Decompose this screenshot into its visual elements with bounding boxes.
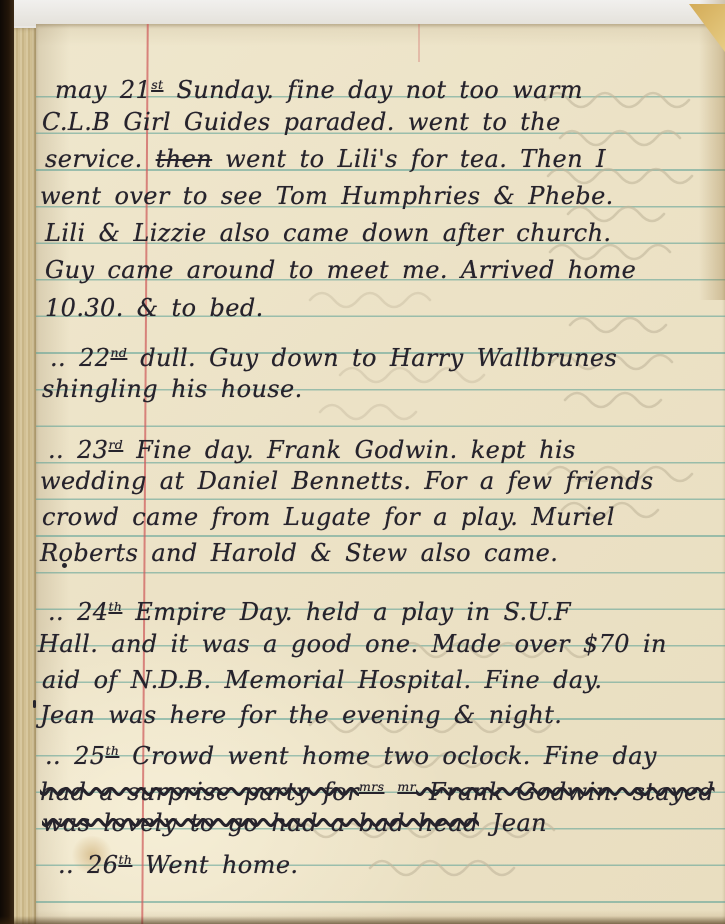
text-segment: .. 24	[48, 598, 108, 626]
diary-line: had a surprise party formrs mr Frank God…	[40, 772, 714, 807]
text-segment: went over to see Tom Humphries & Phebe.	[40, 182, 614, 210]
text-segment: .. 22	[50, 344, 110, 372]
diary-line: 10.30. & to bed.	[45, 293, 264, 323]
diary-line: .. 23rd Fine day. Frank Godwin. kept his	[48, 430, 576, 465]
text-segment: 10.30. & to bed.	[45, 294, 264, 322]
ordinal-superscript: rd	[108, 437, 123, 452]
text-segment: aid of N.D.B. Memorial Hospital. Fine da…	[42, 666, 602, 694]
diary-line: Jean was here for the evening & night.	[40, 700, 562, 730]
diary-line: was lovely to go had a bad head Jean	[42, 808, 547, 838]
ordinal-superscript: mr	[397, 779, 416, 794]
diary-line: C.L.B Girl Guides paraded. went to the	[42, 107, 561, 137]
struck-out-text: Frank Godwin. stayed	[416, 778, 714, 806]
scanned-diary-page: may 21st Sunday. fine day not too warmC.…	[0, 0, 725, 924]
text-segment: Lili & Lizzie also came down after churc…	[45, 219, 611, 247]
diary-line: Hall. and it was a good one. Made over $…	[38, 629, 667, 659]
struck-out-text: was lovely to go had a bad head	[42, 809, 479, 837]
text-segment: Hall. and it was a good one. Made over $…	[38, 630, 667, 658]
ordinal-superscript: th	[108, 599, 122, 614]
diary-line: Roberts and Harold & Stew also came.	[40, 538, 558, 568]
text-segment: Sunday. fine day not too warm	[163, 76, 582, 104]
text-segment: crowd came from Lugate for a play. Murie…	[42, 503, 615, 531]
diary-line: .. 25th Crowd went home two oclock. Fine…	[45, 736, 657, 771]
ordinal-superscript: mrs	[359, 779, 384, 794]
diary-line: .. 26th Went home.	[58, 845, 298, 880]
text-segment: dull. Guy down to Harry Wallbrunes	[127, 344, 617, 372]
diary-line: aid of N.D.B. Memorial Hospital. Fine da…	[42, 665, 602, 695]
diary-line: went over to see Tom Humphries & Phebe.	[40, 181, 614, 211]
diary-line: wedding at Daniel Bennetts. For a few fr…	[40, 466, 654, 496]
text-segment: .. 25	[45, 742, 105, 770]
text-segment: Jean	[479, 809, 547, 837]
text-segment: went to Lili's for tea. Then I	[212, 145, 606, 173]
diary-line: service. then went to Lili's for tea. Th…	[45, 144, 606, 174]
ordinal-superscript: th	[105, 743, 119, 758]
diary-line: crowd came from Lugate for a play. Murie…	[42, 502, 615, 532]
diary-line: Lili & Lizzie also came down after churc…	[45, 218, 611, 248]
text-segment: Jean was here for the evening & night.	[40, 701, 562, 729]
diary-text-layer: may 21st Sunday. fine day not too warmC.…	[0, 0, 725, 924]
ordinal-superscript: th	[118, 852, 132, 867]
text-segment: .. 23	[48, 436, 108, 464]
text-segment: may 21	[55, 76, 151, 104]
text-segment: shingling his house.	[42, 375, 303, 403]
text-segment: Roberts and Harold & Stew also came.	[40, 539, 558, 567]
ordinal-superscript: st	[151, 77, 163, 92]
text-segment: Empire Day. held a play in S.U.F	[122, 598, 571, 626]
diary-line: may 21st Sunday. fine day not too warm	[55, 70, 583, 105]
text-segment: C.L.B Girl Guides paraded. went to the	[42, 108, 561, 136]
diary-line: .. 24th Empire Day. held a play in S.U.F	[48, 592, 571, 627]
text-segment: Fine day. Frank Godwin. kept his	[123, 436, 576, 464]
text-segment: Went home.	[132, 851, 298, 879]
text-segment: wedding at Daniel Bennetts. For a few fr…	[40, 467, 654, 495]
struck-out-text: had a surprise party for	[40, 778, 359, 806]
page-bottom-edge	[0, 916, 725, 924]
diary-line: shingling his house.	[42, 374, 303, 404]
text-segment: service.	[45, 145, 156, 173]
text-segment: Guy came around to meet me. Arrived home	[45, 256, 636, 284]
diary-line: .. 22nd dull. Guy down to Harry Wallbrun…	[50, 338, 617, 373]
diary-line: Guy came around to meet me. Arrived home	[45, 255, 636, 285]
ordinal-superscript: nd	[110, 345, 127, 360]
text-segment: Crowd went home two oclock. Fine day	[119, 742, 657, 770]
struck-out-text: then	[156, 145, 212, 173]
text-segment: .. 26	[58, 851, 118, 879]
text-segment	[384, 778, 397, 806]
